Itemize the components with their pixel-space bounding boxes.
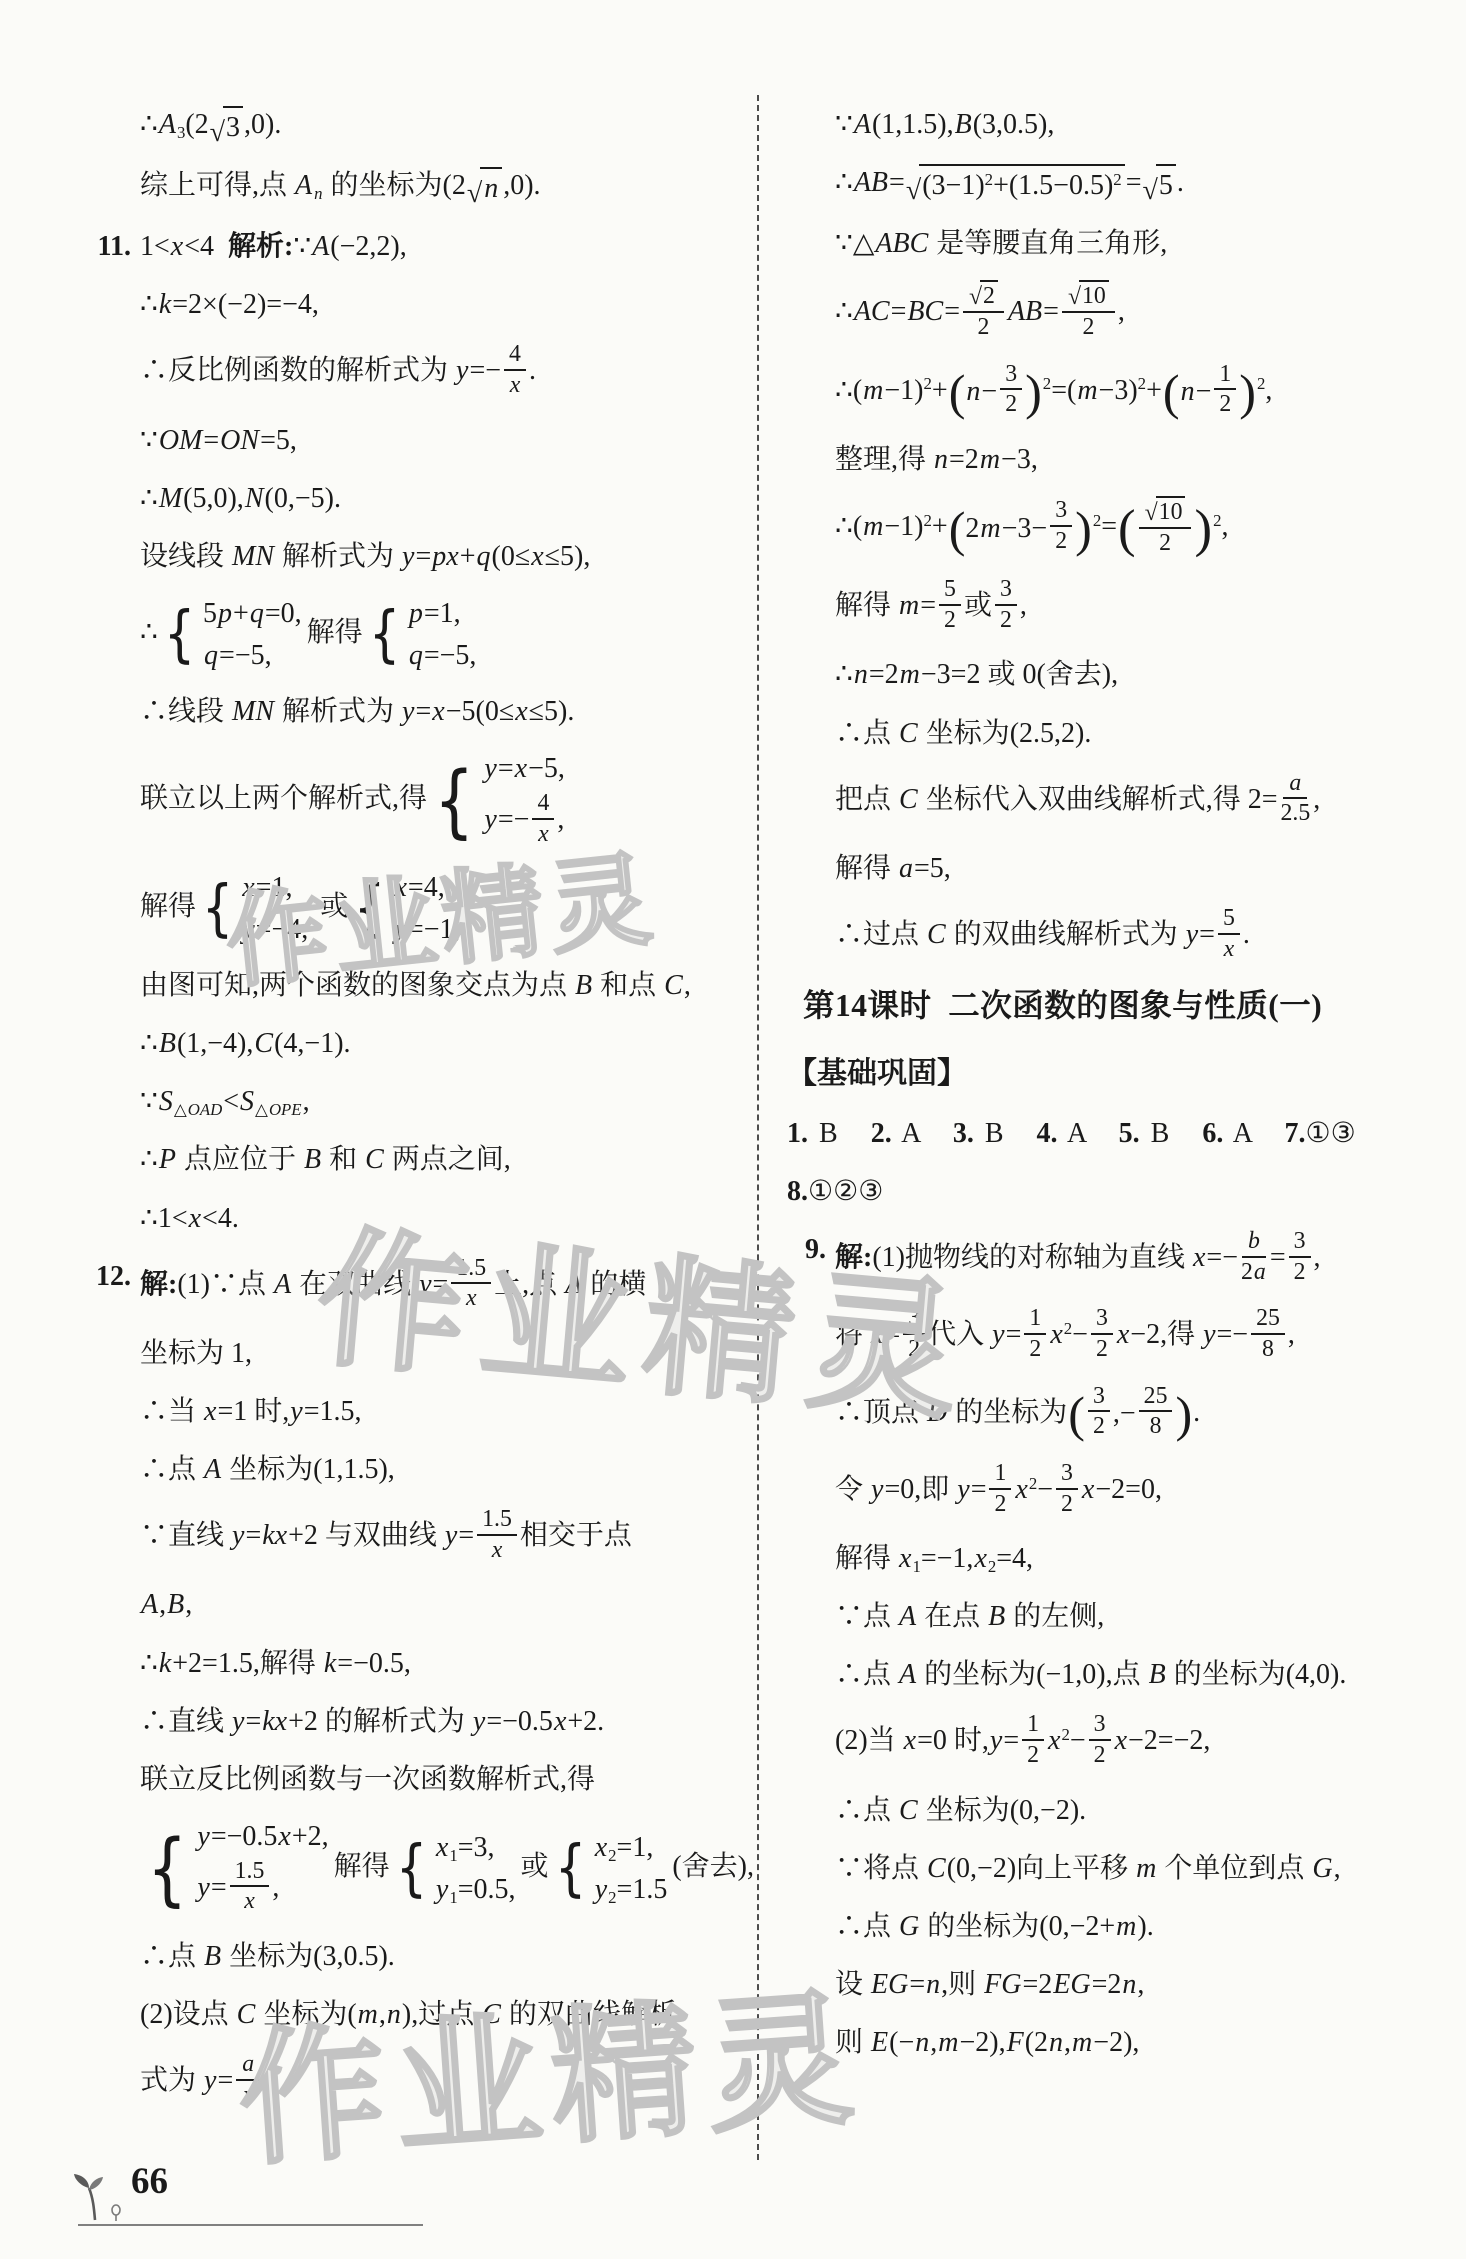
solution-line: (2)当 x=0 时,y=12x2−32x−2=−2,: [835, 1714, 1457, 1771]
solution-line: 1. B 2. A 3. B 4. A 5. B 6. A 7.①③: [787, 1115, 1457, 1153]
solution-line: ∴点 B 坐标为(3,0.5).: [140, 1938, 754, 1976]
solution-line: ∴顶点 D 的坐标为(32,−258).: [835, 1386, 1457, 1443]
section-title: 第14课时 二次函数的图象与性质(一): [803, 985, 1457, 1028]
solution-text: 解:(1)抛物线的对称轴为直线 x=−b2a=32,: [835, 1242, 1321, 1273]
fraction: 12: [1022, 1711, 1044, 1768]
solution-text: 第14课时 二次函数的图象与性质(一): [803, 988, 1322, 1023]
solution-text: ∴线段 MN 解析式为 y=x−5(0≤x≤5).: [140, 696, 574, 727]
solution-text: ∴当 x=1 时,y=1.5,: [140, 1396, 361, 1427]
solution-text: 设线段 MN 解析式为 y=px+q(0≤x≤5),: [140, 541, 590, 572]
solution-text: ∴A3(2√3,0).: [140, 109, 281, 140]
equation-system: {x=1,y=−4,: [198, 870, 308, 947]
solution-text: ∴点 G 的坐标为(0,−2+m).: [835, 1911, 1154, 1942]
solution-line: ∴点 A 的坐标为(−1,0),点 B 的坐标为(4,0).: [835, 1656, 1457, 1694]
solution-line: ∵直线 y=kx+2 与双曲线 y=1.5x相交于点: [140, 1509, 754, 1566]
solution-text: 则 E(−n,m−2),F(2n,m−2),: [835, 2027, 1139, 2058]
solution-text: ∴(m−1)2+(2m−3−32)2=(√102)2,: [835, 511, 1228, 542]
solution-text: ∴点 C 坐标为(2.5,2).: [835, 718, 1091, 749]
solution-line: 令 y=0,即 y=12x2−32x−2=0,: [835, 1463, 1457, 1520]
solution-line: ∴1<x<4.: [140, 1200, 754, 1238]
solution-text: 1. B 2. A 3. B 4. A 5. B 6. A 7.①③: [787, 1118, 1356, 1149]
solution-text: 将 x=32代入 y=12x2−32x−2,得 y=−258,: [835, 1319, 1295, 1350]
fraction: 4x: [504, 341, 526, 398]
equation-system: {x1=3,y1=0.5,: [392, 1830, 516, 1907]
fraction: 12: [989, 1460, 1011, 1517]
solution-line: ∴AB=√(3−1)2+(1.5−0.5)2=√5.: [835, 164, 1457, 205]
solution-text: ∴点 C 坐标为(0,−2).: [835, 1795, 1086, 1826]
fraction: 1.5x: [477, 1506, 517, 1563]
solution-text: 把点 C 坐标代入双曲线解析式,得 2=a2.5,: [835, 784, 1320, 815]
fraction: 52: [939, 576, 961, 633]
solution-line: ∴(m−1)2+(2m−3−32)2=(√102)2,: [835, 499, 1457, 559]
fraction: ax: [236, 2051, 260, 2108]
equation-system: {x2=1,y2=1.5: [551, 1830, 668, 1907]
solution-text: ∴n=2m−3=2 或 0(舍去),: [835, 659, 1118, 690]
solution-line: 综上可得,点 An 的坐标为(2√n,0).: [140, 167, 754, 208]
solution-text: ∵直线 y=kx+2 与双曲线 y=1.5x相交于点: [140, 1520, 632, 1551]
sprout-icon: [68, 2172, 126, 2230]
left-column: ∴A3(2√3,0).综上可得,点 An 的坐标为(2√n,0).11.1<x<…: [140, 106, 754, 2131]
solution-line: ∴A3(2√3,0).: [140, 106, 754, 147]
solution-text: 式为 y=ax,: [140, 2065, 270, 2096]
solution-text: (2)设点 C 坐标为(m,n),过点 C 的双曲线解析: [140, 1999, 677, 2030]
solution-text: ∴点 B 坐标为(3,0.5).: [140, 1941, 395, 1972]
solution-line: ∵OM=ON=5,: [140, 422, 754, 460]
fraction: 12: [1214, 361, 1236, 418]
right-column: ∵A(1,1.5),B(3,0.5),∴AB=√(3−1)2+(1.5−0.5)…: [835, 106, 1457, 2082]
solution-text: 由图可知,两个函数的图象交点为点 B 和点 C,: [140, 970, 691, 1001]
solution-text: ∴{5p+q=0,q=−5,解得{p=1,q=−5,: [140, 617, 481, 648]
solution-line: ∴点 C 坐标为(2.5,2).: [835, 715, 1457, 753]
fraction: 32: [1000, 361, 1022, 418]
solution-line: ∴点 C 坐标为(0,−2).: [835, 1792, 1457, 1830]
solution-line: 联立以上两个解析式,得{y=x−5,y=−4x,: [140, 751, 754, 850]
fraction: 5x: [1218, 905, 1240, 962]
solution-line: ∵将点 C(0,−2)向上平移 m 个单位到点 G,: [835, 1850, 1457, 1888]
solution-line: ∴k=2×(−2)=−4,: [140, 286, 754, 324]
problem-number: 11.: [98, 228, 131, 266]
solution-text: A,B,: [140, 1589, 192, 1620]
radical: √5: [1142, 164, 1175, 205]
solution-line: {y=−0.5x+2,y=1.5x,解得{x1=3,y1=0.5,或{x2=1,…: [140, 1819, 754, 1918]
solution-line: ∴n=2m−3=2 或 0(舍去),: [835, 656, 1457, 694]
solution-line: 整理,得 n=2m−3,: [835, 441, 1457, 479]
fraction: √102: [1062, 280, 1115, 340]
solution-text: 整理,得 n=2m−3,: [835, 444, 1038, 475]
solution-line: 解得{x=1,y=−4, 或{x=4,y=−1,: [140, 870, 754, 947]
solution-line: ∴{5p+q=0,q=−5,解得{p=1,q=−5,: [140, 596, 754, 673]
fraction: a2.5: [1281, 770, 1311, 827]
solution-line: 解得 a=5,: [835, 850, 1457, 888]
fraction: 1.5x: [451, 1255, 491, 1312]
workbook-answer-page: 作业精灵 作业精灵 作业精灵 ∴A3(2√3,0).综上可得,点 An 的坐标为…: [0, 0, 1466, 2259]
solution-line: ∴反比例函数的解析式为 y=−4x.: [140, 344, 754, 401]
solution-line: 8.①②③: [787, 1173, 1457, 1211]
solution-text: {y=−0.5x+2,y=1.5x,解得{x1=3,y1=0.5,或{x2=1,…: [140, 1851, 754, 1882]
solution-text: ∵OM=ON=5,: [140, 425, 297, 456]
solution-line: 将 x=32代入 y=12x2−32x−2,得 y=−258,: [835, 1308, 1457, 1365]
solution-text: ∵S△OAD<S△OPE,: [140, 1086, 310, 1117]
equation-system: {5p+q=0,q=−5,: [160, 596, 302, 673]
fraction: 32: [903, 1305, 925, 1362]
radical: √10: [1145, 496, 1186, 526]
solution-line: 解得 x1=−1,x2=4,: [835, 1540, 1457, 1578]
solution-text: ∴反比例函数的解析式为 y=−4x.: [140, 355, 536, 386]
fraction: √22: [963, 280, 1004, 340]
solution-text: ∴直线 y=kx+2 的解析式为 y=−0.5x+2.: [140, 1706, 604, 1737]
solution-text: ∴B(1,−4),C(4,−1).: [140, 1028, 351, 1059]
solution-line: 11.1<x<4 解析:∵A(−2,2),: [140, 228, 754, 266]
fraction: 32: [1088, 1383, 1110, 1440]
column-divider: [757, 95, 759, 2160]
solution-line: A,B,: [140, 1586, 754, 1624]
solution-text: 设 EG=n,则 FG=2EG=2n,: [835, 1969, 1144, 2000]
solution-text: 令 y=0,即 y=12x2−32x−2=0,: [835, 1474, 1162, 1505]
radical: √10: [1068, 280, 1109, 310]
solution-text: ∵A(1,1.5),B(3,0.5),: [835, 109, 1054, 140]
solution-text: 联立反比例函数与一次函数解析式,得: [140, 1764, 595, 1795]
solution-line: ∴线段 MN 解析式为 y=x−5(0≤x≤5).: [140, 693, 754, 731]
fraction: b2a: [1241, 1228, 1267, 1285]
radical: √n: [467, 167, 502, 208]
solution-text: ∴(m−1)2+(n−32)2=(m−3)2+(n−12)2,: [835, 375, 1272, 406]
radical: √(3−1)2+(1.5−0.5)2: [906, 164, 1125, 205]
solution-line: 由图可知,两个函数的图象交点为点 B 和点 C,: [140, 967, 754, 1005]
radical: √2: [969, 280, 998, 310]
solution-line: 解得 m=52或32,: [835, 579, 1457, 636]
solution-text: 1<x<4 解析:∵A(−2,2),: [140, 231, 407, 262]
solution-line: ∴直线 y=kx+2 的解析式为 y=−0.5x+2.: [140, 1703, 754, 1741]
radical: √3: [210, 106, 243, 147]
fraction: 1.5x: [230, 1858, 270, 1915]
solution-line: ∴AC=BC=√22AB=√102,: [835, 283, 1457, 343]
solution-text: 解:(1)∵点 A 在双曲线 y=1.5x上,点 A 的横: [140, 1269, 646, 1300]
solution-text: ∴P 点应位于 B 和 C 两点之间,: [140, 1144, 511, 1175]
solution-line: 坐标为 1,: [140, 1335, 754, 1373]
solution-line: (2)设点 C 坐标为(m,n),过点 C 的双曲线解析: [140, 1996, 754, 2034]
solution-line: ∵点 A 在点 B 的左侧,: [835, 1598, 1457, 1636]
fraction: 12: [1024, 1305, 1046, 1362]
solution-line: ∴(m−1)2+(n−32)2=(m−3)2+(n−12)2,: [835, 364, 1457, 421]
solution-line: 联立反比例函数与一次函数解析式,得: [140, 1761, 754, 1799]
solution-line: ∴过点 C 的双曲线解析式为 y=5x.: [835, 908, 1457, 965]
fraction: 4x: [532, 790, 554, 847]
solution-line: 设线段 MN 解析式为 y=px+q(0≤x≤5),: [140, 538, 754, 576]
solution-line: ∴k+2=1.5,解得 k=−0.5,: [140, 1645, 754, 1683]
solution-line: ∵△ABC 是等腰直角三角形,: [835, 225, 1457, 263]
solution-text: 解得 a=5,: [835, 853, 951, 884]
fraction: √102: [1139, 496, 1192, 556]
solution-text: ∴k=2×(−2)=−4,: [140, 289, 319, 320]
solution-text: ∵△ABC 是等腰直角三角形,: [835, 228, 1167, 259]
fraction: 32: [1289, 1228, 1311, 1285]
solution-text: ∴点 A 坐标为(1,1.5),: [140, 1454, 395, 1485]
solution-line: 【基础巩固】: [787, 1054, 1457, 1095]
solution-text: 解得 x1=−1,x2=4,: [835, 1543, 1033, 1574]
solution-line: 设 EG=n,则 FG=2EG=2n,: [835, 1966, 1457, 2004]
equation-system: {p=1,q=−5,: [365, 596, 477, 673]
solution-text: ∴AC=BC=√22AB=√102,: [835, 296, 1125, 327]
solution-line: ∴当 x=1 时,y=1.5,: [140, 1393, 754, 1431]
fraction: 32: [1056, 1460, 1078, 1517]
solution-text: ∵将点 C(0,−2)向上平移 m 个单位到点 G,: [835, 1853, 1341, 1884]
solution-text: ∴点 A 的坐标为(−1,0),点 B 的坐标为(4,0).: [835, 1659, 1346, 1690]
solution-line: ∴点 A 坐标为(1,1.5),: [140, 1451, 754, 1489]
fraction: 258: [1139, 1383, 1173, 1440]
solution-text: ∴过点 C 的双曲线解析式为 y=5x.: [835, 919, 1250, 950]
footer-rule: [78, 2224, 423, 2226]
solution-text: 联立以上两个解析式,得{y=x−5,y=−4x,: [140, 783, 570, 814]
solution-text: (2)当 x=0 时,y=12x2−32x−2=−2,: [835, 1725, 1210, 1756]
solution-text: ∴1<x<4.: [140, 1203, 239, 1234]
solution-text: 解得{x=1,y=−4, 或{x=4,y=−1,: [140, 891, 466, 922]
solution-line: ∵S△OAD<S△OPE,: [140, 1083, 754, 1121]
solution-text: 【基础巩固】: [787, 1057, 967, 1090]
solution-text: 解得 m=52或32,: [835, 590, 1027, 621]
problem-number: 12.: [96, 1258, 131, 1296]
solution-line: ∴P 点应位于 B 和 C 两点之间,: [140, 1141, 754, 1179]
fraction: 32: [1050, 497, 1072, 554]
equation-system: {x=4,y=−1,: [350, 870, 460, 947]
solution-text: ∴顶点 D 的坐标为(32,−258).: [835, 1397, 1200, 1428]
page-number: 66: [131, 2160, 168, 2203]
solution-text: 8.①②③: [787, 1176, 883, 1207]
solution-line: 则 E(−n,m−2),F(2n,m−2),: [835, 2024, 1457, 2062]
solution-line: ∴B(1,−4),C(4,−1).: [140, 1025, 754, 1063]
equation-system: {y=−0.5x+2,y=1.5x,: [142, 1819, 329, 1918]
solution-text: ∴AB=√(3−1)2+(1.5−0.5)2=√5.: [835, 167, 1184, 198]
solution-line: ∴M(5,0),N(0,−5).: [140, 480, 754, 518]
solution-line: ∴点 G 的坐标为(0,−2+m).: [835, 1908, 1457, 1946]
fraction: 32: [1091, 1305, 1113, 1362]
solution-text: 综上可得,点 An 的坐标为(2√n,0).: [140, 170, 541, 201]
fraction: 258: [1251, 1305, 1285, 1362]
solution-line: 把点 C 坐标代入双曲线解析式,得 2=a2.5,: [835, 773, 1457, 830]
fraction: 32: [995, 576, 1017, 633]
solution-line: 9.解:(1)抛物线的对称轴为直线 x=−b2a=32,: [835, 1231, 1457, 1288]
solution-text: ∴k+2=1.5,解得 k=−0.5,: [140, 1648, 411, 1679]
solution-line: 式为 y=ax,: [140, 2054, 754, 2111]
equation-system: {y=x−5,y=−4x,: [429, 751, 565, 850]
solution-text: ∵点 A 在点 B 的左侧,: [835, 1601, 1104, 1632]
solution-line: ∵A(1,1.5),B(3,0.5),: [835, 106, 1457, 144]
problem-number: 9.: [805, 1231, 826, 1269]
solution-text: 坐标为 1,: [140, 1338, 252, 1369]
fraction: 32: [1089, 1711, 1111, 1768]
solution-line: 12.解:(1)∵点 A 在双曲线 y=1.5x上,点 A 的横: [140, 1258, 754, 1315]
solution-text: ∴M(5,0),N(0,−5).: [140, 483, 341, 514]
